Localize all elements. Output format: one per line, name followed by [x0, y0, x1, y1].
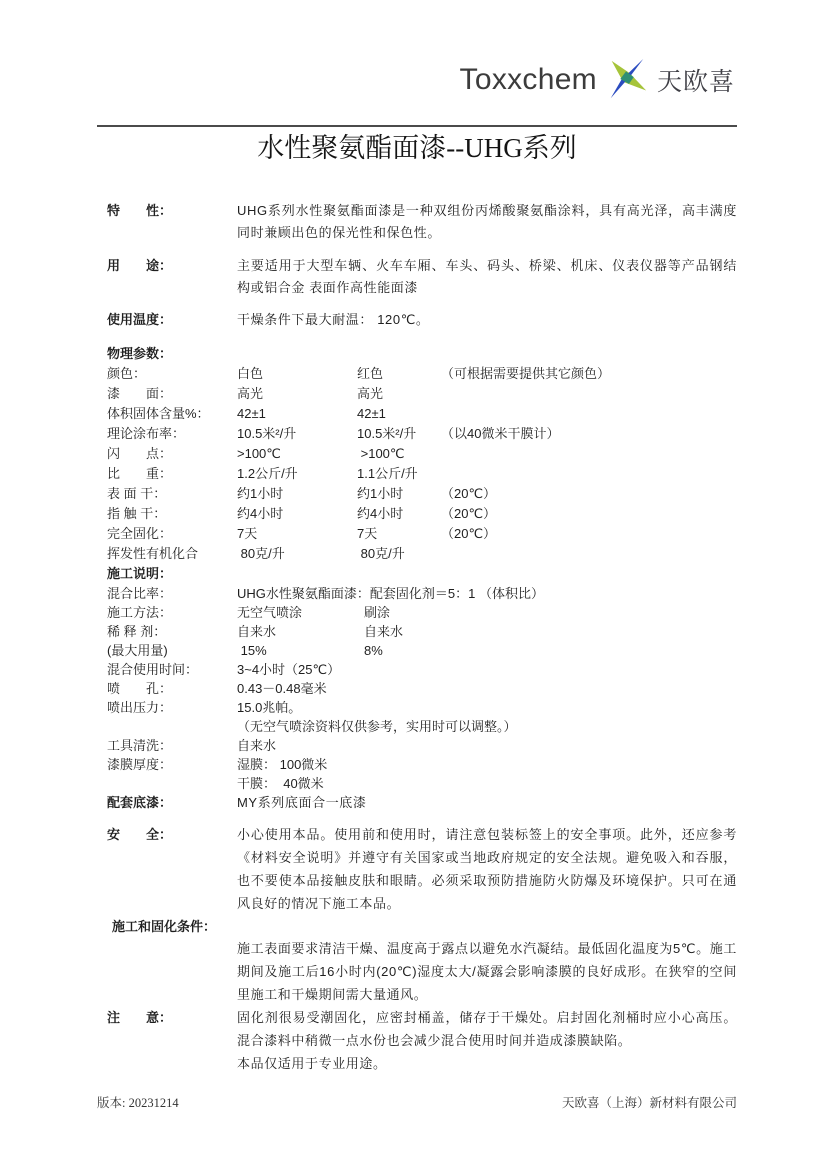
- application-value-spray: 自来水: [237, 736, 364, 755]
- param-value-white: 7天: [237, 524, 357, 544]
- application-label: 混合使用时间：: [107, 660, 237, 679]
- section-label: 使用温度：: [107, 310, 237, 330]
- section-text: 主要适用于大型车辆、火车车厢、车头、码头、桥梁、机床、仪表仪器等产品钢结构或铝合…: [237, 255, 737, 299]
- application-label: 喷出压力：: [107, 698, 237, 717]
- curing-text: 施工表面要求清洁干燥、温度高于露点以避免水汽凝结。最低固化温度为5℃。施工期间及…: [237, 937, 737, 1006]
- application-label: 漆膜厚度：: [107, 755, 237, 774]
- footer: 版本: 20231214 天欧喜（上海）新材料有限公司: [97, 1093, 737, 1111]
- physical-params-heading: 物理参数：: [107, 344, 737, 364]
- section-label: 配套底漆：: [107, 793, 237, 813]
- page-title: 水性聚氨酯面漆--UHG系列: [97, 129, 737, 167]
- param-label: 漆 面：: [107, 384, 237, 404]
- physical-params-table: 颜色： 白色 红色 （可根据需要提供其它颜色） 漆 面： 高光 高光 体积固体含…: [0, 364, 827, 564]
- section-label: 注 意：: [107, 1006, 237, 1075]
- param-value-white: 白色: [237, 364, 357, 384]
- param-note: （可根据需要提供其它颜色）: [441, 364, 610, 384]
- section-safety: 安 全： 小心使用本品。使用前和使用时，请注意包装标签上的安全事项。此外，还应参…: [107, 823, 737, 915]
- section-text: MY系列底面合一底漆: [237, 793, 737, 813]
- application-label: [107, 717, 237, 736]
- param-label: 闪 点：: [107, 444, 237, 464]
- param-value-red: 约1小时: [357, 484, 441, 504]
- section-text: UHG系列水性聚氨酯面漆是一种双组份丙烯酸聚氨酯涂料，具有高光泽，高丰满度同时兼…: [237, 200, 737, 244]
- application-label: (最大用量): [107, 641, 237, 660]
- application-value-spray: UHG水性聚氨酯面漆：配套固化剂＝5：1 （体积比）: [237, 584, 544, 603]
- brand-name-cn: 天欧喜: [657, 62, 735, 98]
- application-label: 喷 孔：: [107, 679, 237, 698]
- application-row: (最大用量) 15% 8%: [107, 641, 737, 660]
- param-label: 指 触 干：: [107, 504, 237, 524]
- application-row: 施工方法： 无空气喷涂 刷涂: [107, 603, 737, 622]
- section-text: 固化剂很易受潮固化，应密封桶盖，储存于干燥处。启封固化剂桶时应小心高压。混合漆料…: [237, 1006, 737, 1075]
- physical-param-row: 体积固体含量%： 42±1 42±1: [107, 404, 737, 424]
- application-row: 喷出压力： 15.0兆帕。: [107, 698, 737, 717]
- param-value-white: 42±1: [237, 404, 357, 424]
- application-value-spray: 干膜： 40微米: [237, 774, 364, 793]
- param-value-white: 约4小时: [237, 504, 357, 524]
- physical-param-row: 指 触 干： 约4小时 约4小时 （20℃）: [107, 504, 737, 524]
- param-value-white: 约1小时: [237, 484, 357, 504]
- application-value-brush: 刷涂: [364, 603, 390, 622]
- application-value-brush: 8%: [364, 641, 383, 660]
- param-value-red: 42±1: [357, 404, 441, 424]
- section-usage: 用 途： 主要适用于大型车辆、火车车厢、车头、码头、桥梁、机床、仪表仪器等产品钢…: [107, 255, 737, 299]
- physical-param-row: 表 面 干： 约1小时 约1小时 （20℃）: [107, 484, 737, 504]
- application-value-brush: 自来水: [364, 622, 403, 641]
- physical-param-row: 颜色： 白色 红色 （可根据需要提供其它颜色）: [107, 364, 737, 384]
- brand-name-en: Toxxchem: [460, 63, 597, 97]
- param-value-red: 80克/升: [357, 544, 441, 564]
- application-label: 工具清洗：: [107, 736, 237, 755]
- header-divider: [97, 125, 737, 127]
- param-value-white: 80克/升: [237, 544, 357, 564]
- param-value-red: 约4小时: [357, 504, 441, 524]
- section-label: 安 全：: [107, 823, 237, 915]
- section-service-temp: 使用温度： 干燥条件下最大耐温： 120℃。: [107, 310, 737, 330]
- application-value-spray: 湿膜： 100微米: [237, 755, 364, 774]
- application-value-spray: （无空气喷涂资料仅供参考，实用时可以调整。）: [237, 717, 517, 736]
- application-label: [107, 774, 237, 793]
- section-text: 干燥条件下最大耐温： 120℃。: [237, 310, 737, 330]
- param-value-red: 7天: [357, 524, 441, 544]
- application-row: （无空气喷涂资料仅供参考，实用时可以调整。）: [107, 717, 737, 736]
- application-row: 工具清洗： 自来水: [107, 736, 737, 755]
- section-notice: 注 意： 固化剂很易受潮固化，应密封桶盖，储存于干燥处。启封固化剂桶时应小心高压…: [107, 1006, 737, 1075]
- param-value-red: 红色: [357, 364, 441, 384]
- param-note: （20℃）: [441, 524, 496, 544]
- application-value-spray: 15.0兆帕。: [237, 698, 364, 717]
- application-row: 干膜： 40微米: [107, 774, 737, 793]
- physical-param-row: 理论涂布率： 10.5米²/升 10.5米²/升 （以40微米干膜计）: [107, 424, 737, 444]
- application-row: 稀 释 剂： 自来水 自来水: [107, 622, 737, 641]
- application-row: 漆膜厚度： 湿膜： 100微米: [107, 755, 737, 774]
- application-value-spray: 自来水: [237, 622, 364, 641]
- brand-logo: Toxxchem 天欧喜: [460, 56, 735, 104]
- section-characteristics: 特 性： UHG系列水性聚氨酯面漆是一种双组份丙烯酸聚氨酯涂料，具有高光泽，高丰…: [107, 200, 737, 244]
- param-note: （以40微米干膜计）: [441, 424, 559, 444]
- curing-heading: 施工和固化条件：: [112, 917, 737, 937]
- physical-param-row: 漆 面： 高光 高光: [107, 384, 737, 404]
- param-value-red: 1.1公斤/升: [357, 464, 441, 484]
- application-heading: 施工说明：: [107, 564, 737, 584]
- application-row: 混合比率： UHG水性聚氨酯面漆：配套固化剂＝5：1 （体积比）: [107, 584, 737, 603]
- section-primer: 配套底漆： MY系列底面合一底漆: [107, 793, 737, 813]
- brand-x-icon: [604, 57, 650, 103]
- param-label: 挥发性有机化合: [107, 544, 237, 564]
- notice-line-2: 本品仅适用于专业用途。: [237, 1052, 737, 1075]
- param-value-white: >100℃: [237, 444, 357, 464]
- version-text: 版本: 20231214: [97, 1093, 179, 1111]
- param-label: 理论涂布率：: [107, 424, 237, 444]
- section-label: 用 途：: [107, 255, 237, 299]
- physical-param-row: 闪 点： >100℃ >100℃: [107, 444, 737, 464]
- param-note: （20℃）: [441, 504, 496, 524]
- application-value-spray: 无空气喷涂: [237, 603, 364, 622]
- application-value-spray: 0.43－0.48毫米: [237, 679, 364, 698]
- application-value-spray: 15%: [237, 641, 364, 660]
- application-row: 混合使用时间： 3~4小时（25℃）: [107, 660, 737, 679]
- company-name: 天欧喜（上海）新材料有限公司: [562, 1093, 737, 1111]
- datasheet-page: Toxxchem 天欧喜 水性聚氨酯面漆--UHG系列 特 性： UHG系列水性…: [0, 0, 827, 1169]
- application-label: 施工方法：: [107, 603, 237, 622]
- param-value-red: >100℃: [357, 444, 441, 464]
- document-body: 特 性： UHG系列水性聚氨酯面漆是一种双组份丙烯酸聚氨酯涂料，具有高光泽，高丰…: [0, 200, 827, 1075]
- application-table: 混合比率： UHG水性聚氨酯面漆：配套固化剂＝5：1 （体积比） 施工方法： 无…: [0, 584, 827, 793]
- param-note: （20℃）: [441, 484, 496, 504]
- param-label: 颜色：: [107, 364, 237, 384]
- param-label: 表 面 干：: [107, 484, 237, 504]
- param-value-white: 10.5米²/升: [237, 424, 357, 444]
- param-value-white: 1.2公斤/升: [237, 464, 357, 484]
- physical-param-row: 比 重： 1.2公斤/升 1.1公斤/升: [107, 464, 737, 484]
- param-label: 完全固化：: [107, 524, 237, 544]
- param-value-white: 高光: [237, 384, 357, 404]
- application-label: 稀 释 剂：: [107, 622, 237, 641]
- header: Toxxchem 天欧喜: [0, 0, 827, 104]
- notice-line-1: 固化剂很易受潮固化，应密封桶盖，储存于干燥处。启封固化剂桶时应小心高压。混合漆料…: [237, 1006, 737, 1052]
- section-label: 特 性：: [107, 200, 237, 244]
- param-label: 比 重：: [107, 464, 237, 484]
- application-label: 混合比率：: [107, 584, 237, 603]
- application-value-spray: 3~4小时（25℃）: [237, 660, 364, 679]
- param-value-red: 10.5米²/升: [357, 424, 441, 444]
- param-label: 体积固体含量%：: [107, 404, 237, 424]
- param-value-red: 高光: [357, 384, 441, 404]
- physical-param-row: 完全固化： 7天 7天 （20℃）: [107, 524, 737, 544]
- physical-param-row: 挥发性有机化合 80克/升 80克/升: [107, 544, 737, 564]
- application-row: 喷 孔： 0.43－0.48毫米: [107, 679, 737, 698]
- section-text: 小心使用本品。使用前和使用时，请注意包装标签上的安全事项。此外，还应参考《材料安…: [237, 823, 737, 915]
